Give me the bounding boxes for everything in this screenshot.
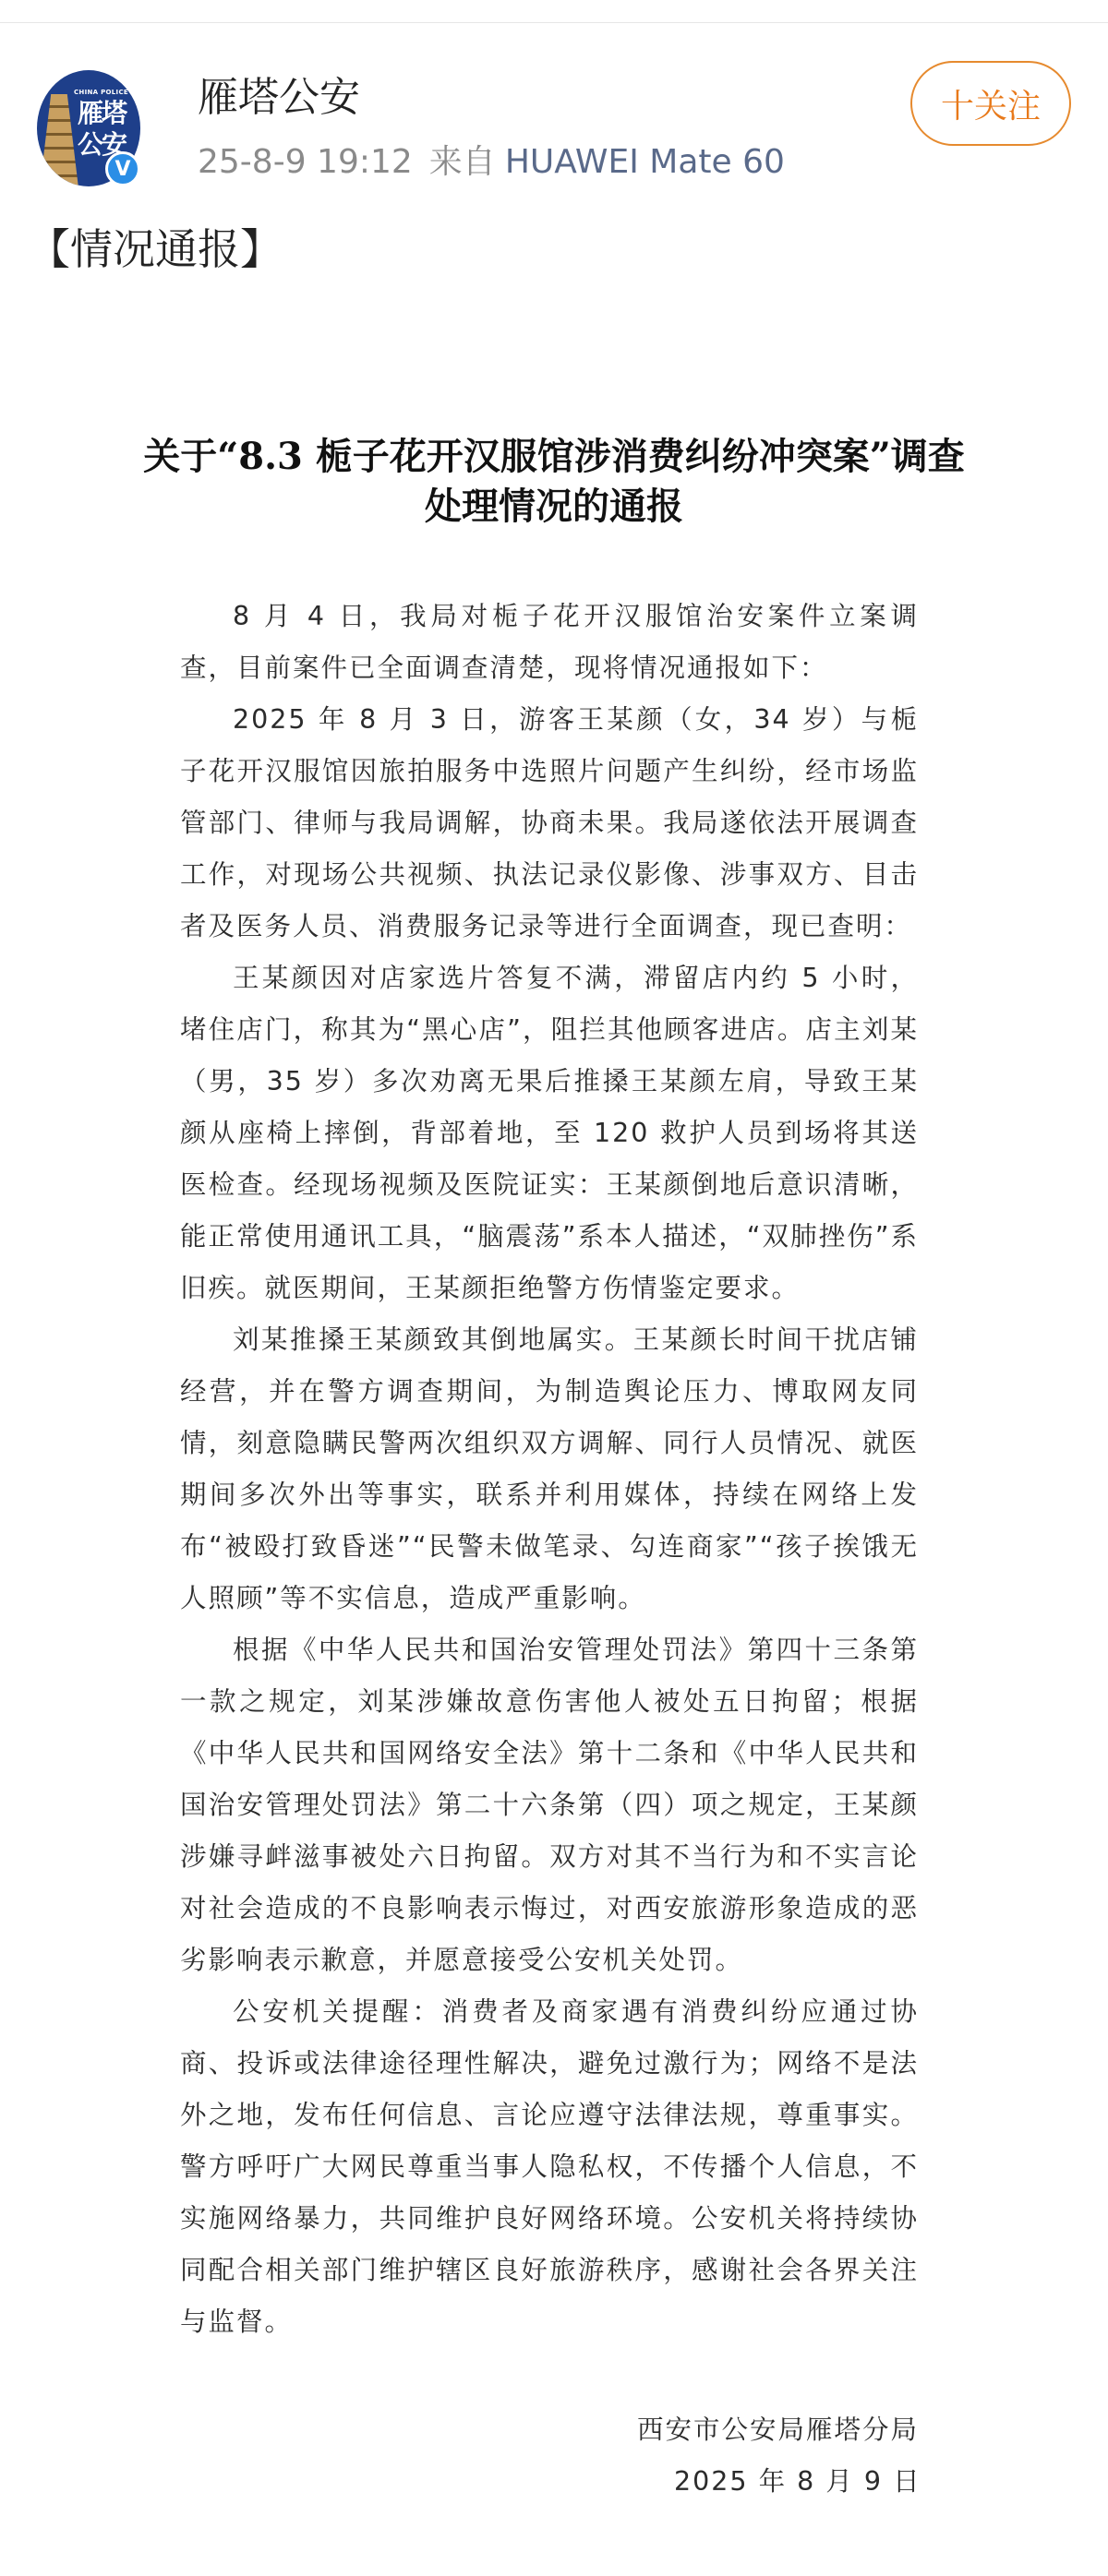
- account-name[interactable]: 雁塔公安: [198, 72, 360, 124]
- notice-paragraph: 2025 年 8 月 3 日，游客王某颜（女，34 岁）与栀子花开汉服馆因旅拍服…: [180, 694, 919, 953]
- avatar-tag: CHINA POLICE: [74, 89, 128, 96]
- top-divider: [0, 22, 1108, 23]
- notice-paragraph: 8 月 4 日，我局对栀子花开汉服馆治安案件立案调查，目前案件已全面调查清楚，现…: [180, 591, 919, 694]
- notice-paragraph: 根据《中华人民共和国治安管理处罚法》第四十三条第一款之规定，刘某涉嫌故意伤害他人…: [180, 1624, 919, 1986]
- avatar[interactable]: CHINA POLICE 雁塔公安 V: [37, 70, 140, 186]
- notice-paragraph: 王某颜因对店家选片答复不满，滞留店内约 5 小时，堵住店门，称其为“黑心店”，阻…: [180, 953, 919, 1314]
- follow-button[interactable]: 十关注: [910, 61, 1071, 146]
- signature-org: 西安市公安局雁塔分局: [637, 2404, 933, 2456]
- post-time: 25-8-9 19:12: [198, 143, 413, 181]
- verified-icon: V: [105, 151, 140, 186]
- notice-body: 8 月 4 日，我局对栀子花开汉服馆治安案件立案调查，目前案件已全面调查清楚，现…: [180, 591, 919, 2348]
- notice-signature: 西安市公安局雁塔分局 2025 年 8 月 9 日: [637, 2404, 933, 2508]
- notice-title: 关于“8.3 栀子花开汉服馆涉消费纠纷冲突案”调查处理情况的通报: [138, 432, 969, 532]
- notice-paragraph: 公安机关提醒：消费者及商家遇有消费纠纷应通过协商、投诉或法律途径理性解决，避免过…: [180, 1986, 919, 2348]
- post-source-label: 来自: [429, 143, 496, 181]
- post-tag: 【情况通报】: [28, 222, 283, 277]
- post-device[interactable]: HUAWEI Mate 60: [505, 143, 785, 181]
- signature-date: 2025 年 8 月 9 日: [674, 2456, 933, 2508]
- notice-paragraph: 刘某推搡王某颜致其倒地属实。王某颜长时间干扰店铺经营，并在警方调查期间，为制造舆…: [180, 1314, 919, 1624]
- pagoda-icon: [39, 94, 79, 186]
- post-meta: 25-8-9 19:12来自HUAWEI Mate 60: [198, 142, 785, 183]
